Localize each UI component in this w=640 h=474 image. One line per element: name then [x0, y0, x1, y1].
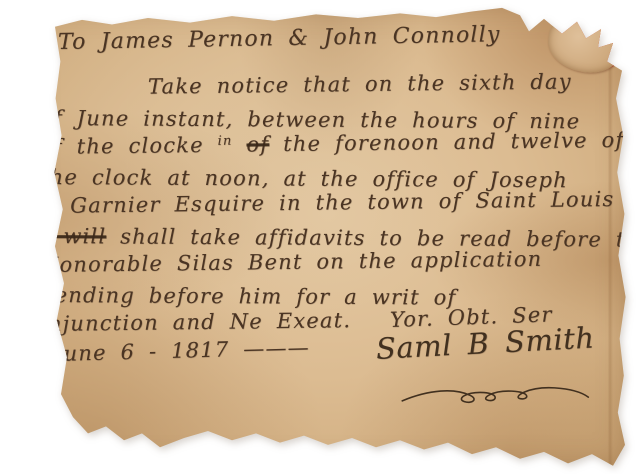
- text-segment: Take notice that on the sixth day: [148, 70, 572, 99]
- text-segment: of the clocke: [40, 133, 218, 159]
- signature-flourish: [400, 377, 591, 411]
- text-segment: the forenoon and twelve of: [269, 128, 624, 156]
- body-line: V Garnier Esquire in the town of Saint L…: [40, 187, 625, 224]
- body-line: of the clocke in of the forenoon and twe…: [40, 128, 625, 165]
- salutation: To James Pernon & John Connolly: [58, 22, 501, 55]
- body-line: Honorable Silas Bent on the application: [40, 246, 625, 283]
- fold-stitch-marks: [34, 146, 36, 216]
- text-segment: injunction and Ne Exeat.: [40, 308, 352, 336]
- paper-shadow: To James Pernon & John Connolly Take not…: [28, 6, 628, 468]
- text-struck: I will: [40, 224, 106, 248]
- torn-corner-flap: [544, 9, 625, 77]
- fold-stitch-marks: [32, 302, 34, 344]
- body-line: Take notice that on the sixth day: [40, 69, 625, 106]
- text-segment: pending before him for a writ of: [40, 283, 457, 310]
- text-segment: [232, 132, 246, 156]
- text-superscript: in: [217, 134, 232, 149]
- document-body: Take notice that on the sixth dayof June…: [40, 76, 625, 342]
- text-struck: of: [246, 132, 269, 156]
- scan-background: To James Pernon & John Connolly Take not…: [0, 0, 640, 474]
- text-segment: Honorable Silas Bent on the application: [40, 247, 543, 277]
- document-paper: To James Pernon & John Connolly Take not…: [28, 6, 628, 468]
